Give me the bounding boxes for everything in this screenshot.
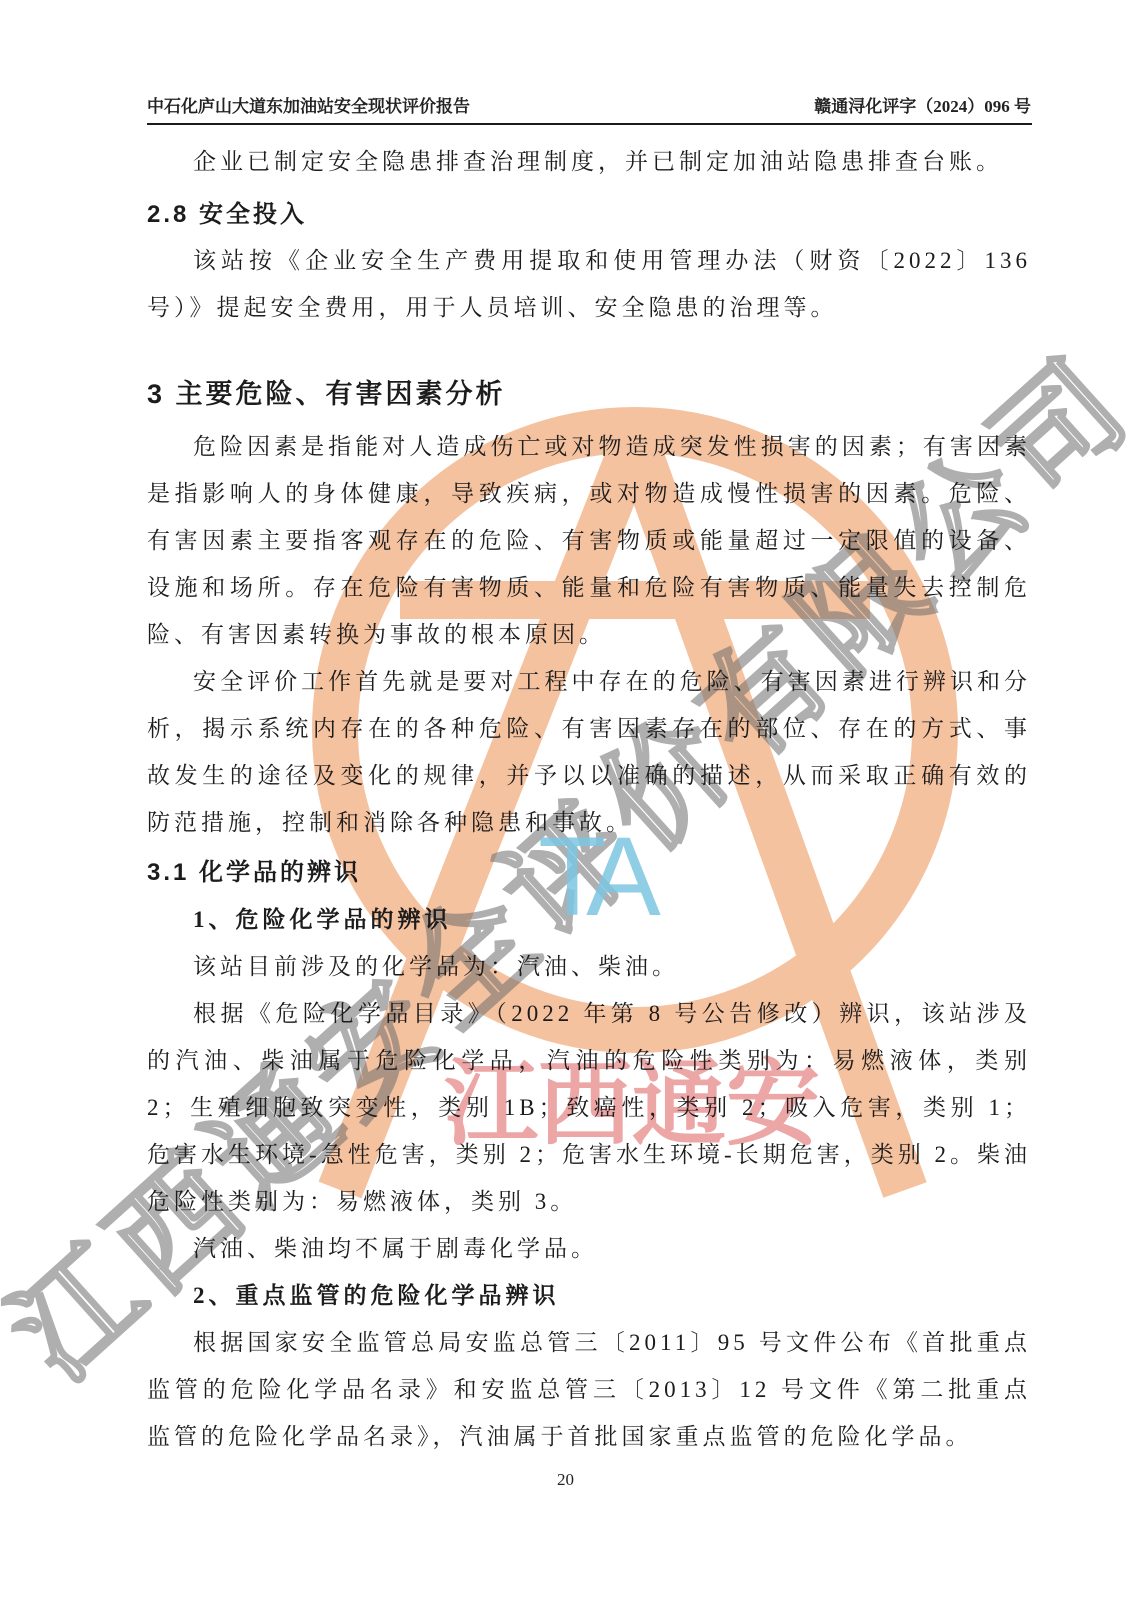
section-3-1-heading: 3.1 化学品的辨识: [147, 850, 1031, 896]
section-2-8-heading: 2.8 安全投入: [147, 193, 1031, 237]
header-rule: [147, 123, 1032, 125]
intro-paragraph: 企业已制定安全隐患排查治理制度，并已制定加油站隐患排查台账。: [147, 138, 1031, 185]
page-number: 20: [0, 1470, 1131, 1490]
sub1-paragraph-3: 汽油、柴油均不属于剧毒化学品。: [147, 1225, 1031, 1272]
header-report-title: 中石化庐山大道东加油站安全现状评价报告: [147, 92, 470, 117]
sub1-paragraph-1: 该站目前涉及的化学品为：汽油、柴油。: [147, 943, 1031, 990]
sub2-paragraph: 根据国家安全监管总局安监总管三〔2011〕95 号文件公布《首批重点监管的危险化…: [147, 1319, 1031, 1460]
section-3-paragraph-1: 危险因素是指能对人造成伤亡或对物造成突发性损害的因素；有害因素是指影响人的身体健…: [147, 423, 1031, 658]
section-2-8-paragraph: 该站按《企业安全生产费用提取和使用管理办法（财资〔2022〕136 号）》提起安…: [147, 237, 1031, 331]
section-3-paragraph-2: 安全评价工作首先就是要对工程中存在的危险、有害因素进行辨识和分析，揭示系统内存在…: [147, 658, 1031, 846]
sub-heading-1: 1、危险化学品的辨识: [147, 896, 1031, 943]
document-page: 江西通安全评价有限公司 TA 江西通安 中石化庐山大道东加油站安全现状评价报告 …: [0, 0, 1131, 1600]
document-body: 企业已制定安全隐患排查治理制度，并已制定加油站隐患排查台账。 2.8 安全投入 …: [147, 138, 1031, 1460]
header-document-number: 赣通浔化评字（2024）096 号: [814, 92, 1031, 117]
sub1-paragraph-2: 根据《危险化学品目录》（2022 年第 8 号公告修改）辨识，该站涉及的汽油、柴…: [147, 990, 1031, 1225]
sub-heading-2: 2、重点监管的危险化学品辨识: [147, 1272, 1031, 1319]
section-3-heading: 3 主要危险、有害因素分析: [147, 371, 1031, 417]
